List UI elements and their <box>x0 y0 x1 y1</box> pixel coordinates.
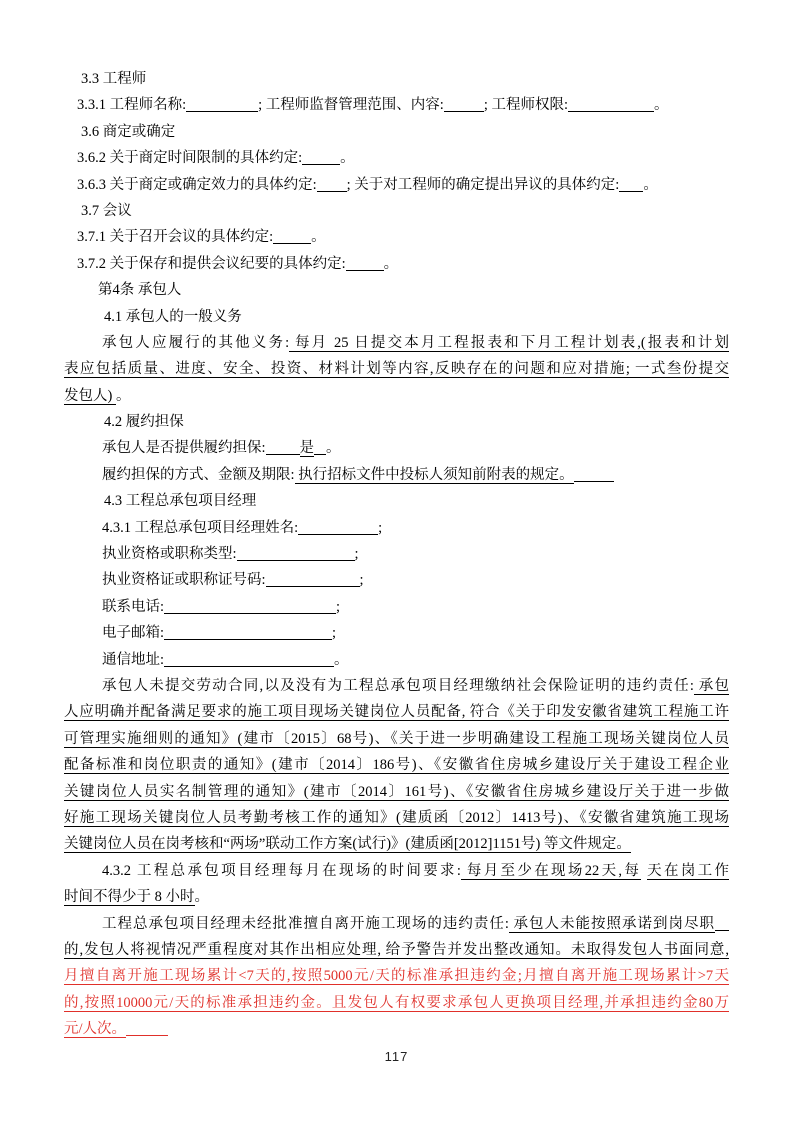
blank-field <box>298 518 378 535</box>
text-segment: 天在岗工作 <box>647 863 729 880</box>
text-segment: ; <box>378 520 382 536</box>
document-line: 关键岗位人员在岗考核和“两场”联动工作方案(试行)》(建质函[2012]1151… <box>64 831 729 857</box>
text-segment: 承包 <box>694 678 729 695</box>
document-page: 3.3 工程师3.3.1 工程师名称:; 工程师监督管理范围、内容:; 工程师权… <box>0 0 793 1064</box>
text-segment: 。 <box>654 97 669 113</box>
text-segment: ; 关于对工程师的确定提出异议的具体约定: <box>347 177 620 193</box>
text-segment: 工程总承包项目经理未经批准擅自离开施工现场的违约责任: <box>102 916 509 932</box>
text-segment: 联系电话: <box>102 599 164 615</box>
document-line: 3.6.3 关于商定或确定效力的具体约定:; 关于对工程师的确定提出异议的具体约… <box>64 172 729 198</box>
text-segment: ; <box>336 599 340 615</box>
text-segment: 承包人未提交劳动合同,以及没有为工程总承包项目经理缴纳社会保险证明的违约责任: <box>102 678 694 694</box>
document-line: 4.2 履约担保 <box>64 409 729 435</box>
document-line: 月擅自离开施工现场累计<7天的,按照5000元/天的标准承担违约金;月擅自离开施… <box>64 963 729 989</box>
text-segment: 。 <box>643 177 658 193</box>
document-line: 可管理实施细则的通知》(建市〔2015〕68号)、《关于进一步明确建设工程施工现… <box>64 726 729 752</box>
blank-field <box>574 465 614 482</box>
document-line: 第4条 承包人 <box>64 277 729 303</box>
blank-field <box>126 1019 168 1036</box>
document-line: 元/人次。 <box>64 1016 729 1042</box>
text-segment: 好施工现场关键岗位人员考勤考核工作的通知》(建质函〔2012〕1413号)、《安… <box>64 810 729 827</box>
text-segment: 人应明确并配备满足要求的施工项目现场关键岗位人员配备, 符合《关于印发安徽省建筑… <box>64 704 729 721</box>
text-segment: 。 <box>326 440 341 456</box>
text-segment: 配备标准和岗位职责的通知》(建市〔2014〕186号)、《安徽省住房城乡建设厅关… <box>64 757 729 774</box>
text-segment: 时间不得少于 8 小时 <box>64 889 195 906</box>
blank-field <box>715 914 729 931</box>
document-line: 承包人是否提供履约担保:是。 <box>64 435 729 461</box>
text-segment: 的,按照10000元/天的标准承担违约金。且发包人有权要求承包人更换项目经理,并… <box>64 995 729 1012</box>
document-line: 通信地址:。 <box>64 647 729 673</box>
document-line: 承包人应履行的其他义务: 每月 25 日提交本月工程报表和下月工程计划表,(报表… <box>64 330 729 356</box>
text-segment: 3.6.2 关于商定时间限制的具体约定: <box>77 150 302 166</box>
blank-field <box>346 254 384 271</box>
document-line: 关键岗位人员实名制管理的通知》(建市〔2014〕161号)、《安徽省住房城乡建设… <box>64 779 729 805</box>
document-line: 的,按照10000元/天的标准承担违约金。且发包人有权要求承包人更换项目经理,并… <box>64 990 729 1016</box>
text-segment: 3.7.2 关于保存和提供会议纪要的具体约定: <box>77 256 346 272</box>
blank-field <box>266 438 300 455</box>
blank-field <box>164 650 334 667</box>
blank-field <box>164 597 336 614</box>
document-line: 3.7 会议 <box>64 198 729 224</box>
text-segment: 通信地址: <box>102 652 164 668</box>
text-segment: 4.2 履约担保 <box>104 414 184 430</box>
text-segment: 。 <box>116 388 131 404</box>
text-segment: 是 <box>300 440 315 457</box>
document-line: 执业资格证或职称证号码:; <box>64 567 729 593</box>
document-line: 3.7.2 关于保存和提供会议纪要的具体约定:。 <box>64 251 729 277</box>
document-line: 的,发包人将视情况严重程度对其作出相应处理, 给予警告并发出整改通知。未取得发包… <box>64 937 729 963</box>
text-segment: 关键岗位人员在岗考核和“两场”联动工作方案(试行)》(建质函[2012]1151… <box>64 836 631 853</box>
text-segment: 的,发包人将视情况严重程度对其作出相应处理, 给予警告并发出整改通知。未取得发包… <box>64 942 729 959</box>
page-number: 117 <box>64 1049 729 1064</box>
document-line: 承包人未提交劳动合同,以及没有为工程总承包项目经理缴纳社会保险证明的违约责任: … <box>64 673 729 699</box>
blank-field <box>317 175 347 192</box>
document-body: 3.3 工程师3.3.1 工程师名称:; 工程师监督管理范围、内容:; 工程师权… <box>64 66 729 1042</box>
text-segment: 月擅自离开施工现场累计<7天的,按照5000元/天的标准承担违约金;月擅自离开施… <box>64 968 729 985</box>
text-segment: 关键岗位人员实名制管理的通知》(建市〔2014〕161号)、《安徽省住房城乡建设… <box>64 784 729 801</box>
text-segment: ; <box>332 625 336 641</box>
text-segment: 承包人是否提供履约担保: <box>102 440 266 456</box>
blank-field <box>186 95 258 112</box>
blank-field <box>266 570 360 587</box>
text-segment: ; <box>360 572 364 588</box>
text-segment: 表应包括质量、进度、安全、投资、材料计划等内容,反映存在的问题和应对措施; 一式… <box>64 361 729 378</box>
blank-field <box>237 544 355 561</box>
document-line: 配备标准和岗位职责的通知》(建市〔2014〕186号)、《安徽省住房城乡建设厅关… <box>64 752 729 778</box>
text-segment: 4.3.2 工程总承包项目经理每月在现场的时间要求: <box>102 863 461 879</box>
document-line: 时间不得少于 8 小时。 <box>64 884 729 910</box>
blank-field <box>273 227 311 244</box>
text-segment: 4.1 承包人的一般义务 <box>104 309 242 325</box>
document-line: 履约担保的方式、金额及期限: 执行招标文件中投标人须知前附表的规定。 <box>64 462 729 488</box>
text-segment: 3.6.3 关于商定或确定效力的具体约定: <box>77 177 317 193</box>
document-line: 人应明确并配备满足要求的施工项目现场关键岗位人员配备, 符合《关于印发安徽省建筑… <box>64 699 729 725</box>
text-segment: 承包人未能按照承诺到岗尽职 <box>509 916 715 933</box>
blank-field <box>568 95 654 112</box>
text-segment: 每月至少在现场22天,每 <box>461 863 641 880</box>
document-line: 4.3.2 工程总承包项目经理每月在现场的时间要求: 每月至少在现场22天,每 … <box>64 858 729 884</box>
document-line: 发包人) 。 <box>64 383 729 409</box>
document-line: 表应包括质量、进度、安全、投资、材料计划等内容,反映存在的问题和应对措施; 一式… <box>64 356 729 382</box>
text-segment: 发包人) <box>64 388 116 405</box>
text-segment: ; 工程师权限: <box>484 97 568 113</box>
text-segment: 3.7.1 关于召开会议的具体约定: <box>77 229 273 245</box>
text-segment: 3.3.1 工程师名称: <box>77 97 186 113</box>
document-line: 工程总承包项目经理未经批准擅自离开施工现场的违约责任: 承包人未能按照承诺到岗尽… <box>64 911 729 937</box>
text-segment: 。 <box>334 652 349 668</box>
text-segment: 元/人次。 <box>64 1021 126 1038</box>
text-segment: 可管理实施细则的通知》(建市〔2015〕68号)、《关于进一步明确建设工程施工现… <box>64 731 729 748</box>
text-segment: 3.7 会议 <box>81 203 132 219</box>
text-segment: 。 <box>311 229 326 245</box>
text-segment: 4.3.1 工程总承包项目经理姓名: <box>102 520 298 536</box>
document-line: 好施工现场关键岗位人员考勤考核工作的通知》(建质函〔2012〕1413号)、《安… <box>64 805 729 831</box>
text-segment: ; <box>355 546 359 562</box>
blank-field <box>444 95 484 112</box>
document-line: 4.3 工程总承包项目经理 <box>64 488 729 514</box>
text-segment: 3.6 商定或确定 <box>81 124 175 140</box>
document-line: 4.3.1 工程总承包项目经理姓名:; <box>64 515 729 541</box>
text-segment: 电子邮箱: <box>102 625 164 641</box>
blank-field <box>314 438 326 455</box>
text-segment: 3.3 工程师 <box>81 71 146 87</box>
document-line: 4.1 承包人的一般义务 <box>64 304 729 330</box>
text-segment: ; 工程师监督管理范围、内容: <box>258 97 444 113</box>
text-segment: 执业资格证或职称证号码: <box>102 572 266 588</box>
blank-field <box>164 623 332 640</box>
text-segment: 4.3 工程总承包项目经理 <box>104 493 256 509</box>
document-line: 执业资格或职称类型:; <box>64 541 729 567</box>
document-line: 联系电话:; <box>64 594 729 620</box>
blank-field <box>619 175 643 192</box>
document-line: 3.3.1 工程师名称:; 工程师监督管理范围、内容:; 工程师权限:。 <box>64 92 729 118</box>
document-line: 电子邮箱:; <box>64 620 729 646</box>
text-segment: 执业资格或职称类型: <box>102 546 237 562</box>
document-line: 3.3 工程师 <box>64 66 729 92</box>
text-segment: 。 <box>195 889 210 905</box>
text-segment: 执行招标文件中投标人须知前附表的规定。 <box>295 467 574 484</box>
text-segment: 第4条 承包人 <box>98 282 181 298</box>
text-segment: 履约担保的方式、金额及期限: <box>102 467 295 483</box>
blank-field <box>302 148 340 165</box>
text-segment: 。 <box>340 150 355 166</box>
text-segment: 每月 25 日提交本月工程报表和下月工程计划表,(报表和计划 <box>289 335 729 352</box>
document-line: 3.6.2 关于商定时间限制的具体约定:。 <box>64 145 729 171</box>
text-segment: 承包人应履行的其他义务: <box>102 335 289 351</box>
text-segment: 。 <box>384 256 399 272</box>
document-line: 3.7.1 关于召开会议的具体约定:。 <box>64 224 729 250</box>
document-line: 3.6 商定或确定 <box>64 119 729 145</box>
